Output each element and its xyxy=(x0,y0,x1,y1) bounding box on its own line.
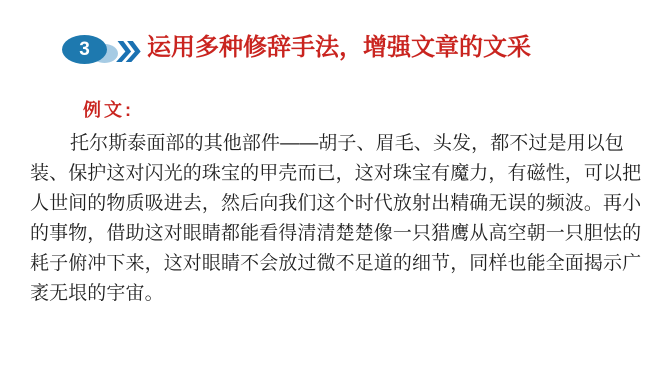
paragraph-line-1: 托尔斯泰面部的其他部件——胡子、眉毛、头发，都不过是用以包 xyxy=(30,129,644,159)
section-number-badge: 3 xyxy=(62,35,120,65)
paragraph-line-5: 耗子俯冲下来，这对眼睛不会放过微不足道的细节，同样也能全面揭示广 xyxy=(30,249,644,279)
slide-title: 运用多种修辞手法，增强文章的文采 xyxy=(147,33,547,63)
badge-number: 3 xyxy=(62,35,107,64)
double-chevron-icon xyxy=(116,41,142,62)
slide-canvas: 3 运用多种修辞手法，增强文章的文采 例文: 托尔斯泰面部的其他部件——胡子、眉… xyxy=(0,0,668,376)
body-paragraph: 托尔斯泰面部的其他部件——胡子、眉毛、头发，都不过是用以包 装、保护这对闪光的珠… xyxy=(30,129,644,309)
paragraph-line-3: 人世间的物质吸进去，然后向我们这个时代放射出精确无误的频波。再小 xyxy=(30,189,644,219)
paragraph-line-4: 的事物，借助这对眼睛都能看得清清楚楚像一只猎鹰从高空朝一只胆怯的 xyxy=(30,219,644,249)
example-label: 例文: xyxy=(83,96,134,122)
paragraph-line-6: 袤无垠的宇宙。 xyxy=(30,279,644,309)
paragraph-line-2: 装、保护这对闪光的珠宝的甲壳而已，这对珠宝有魔力，有磁性，可以把 xyxy=(30,159,644,189)
